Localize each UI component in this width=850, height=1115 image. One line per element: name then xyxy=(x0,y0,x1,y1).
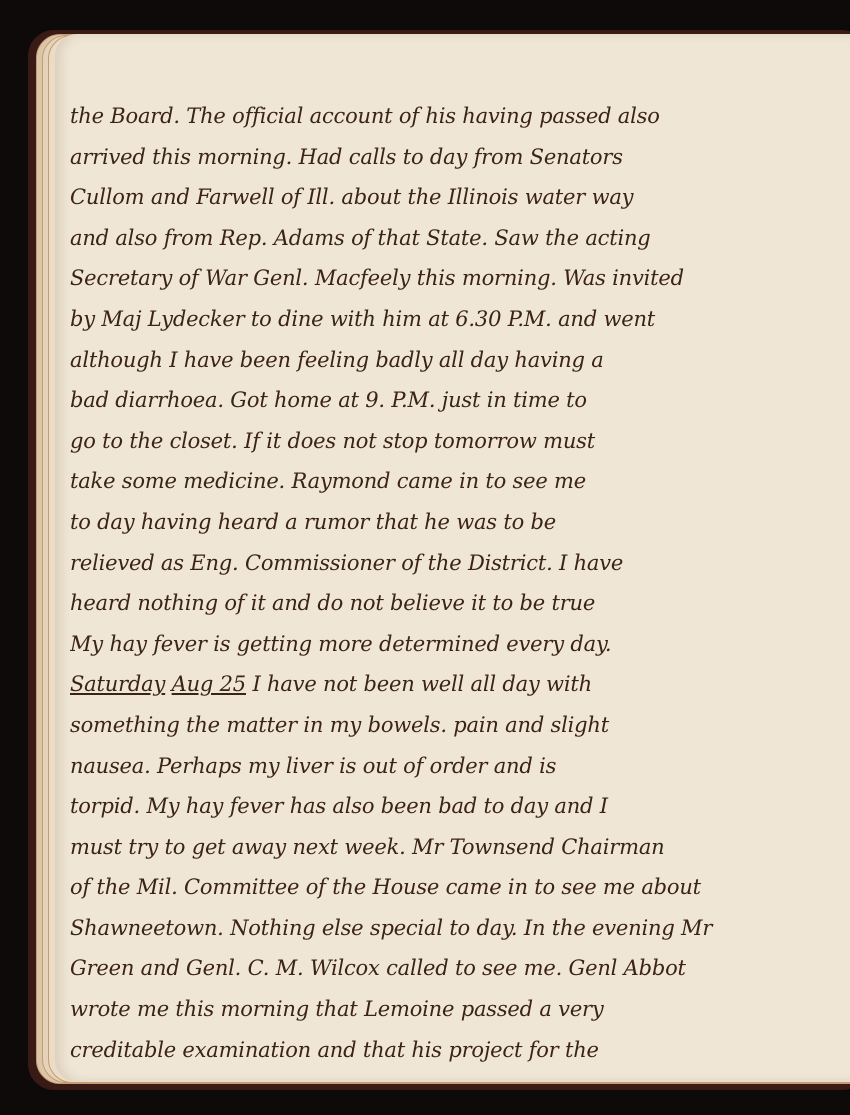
text-line: of the Mil. Committee of the House came … xyxy=(70,867,840,908)
text-line: Green and Genl. C. M. Wilcox called to s… xyxy=(70,948,840,989)
text-line: to day having heard a rumor that he was … xyxy=(70,502,840,543)
text-line: creditable examination and that his proj… xyxy=(70,1030,840,1071)
text-line: something the matter in my bowels. pain … xyxy=(70,705,840,746)
text-line: Cullom and Farwell of Ill. about the Ill… xyxy=(70,177,840,218)
text-line: go to the closet. If it does not stop to… xyxy=(70,421,840,462)
entry-date: Aug 25 xyxy=(172,672,246,696)
text-line: bad diarrhoea. Got home at 9. P.M. just … xyxy=(70,380,840,421)
text-line: and also from Rep. Adams of that State. … xyxy=(70,218,840,259)
text-line: take some medicine. Raymond came in to s… xyxy=(70,461,840,502)
text-line: the Board. The official account of his h… xyxy=(70,96,840,137)
text-line: arrived this morning. Had calls to day f… xyxy=(70,137,840,178)
text-line: must try to get away next week. Mr Towns… xyxy=(70,827,840,868)
text-line: wrote me this morning that Lemoine passe… xyxy=(70,989,840,1030)
text-line: My hay fever is getting more determined … xyxy=(70,624,840,665)
text-line: by Maj Lydecker to dine with him at 6.30… xyxy=(70,299,840,340)
text-line: Secretary of War Genl. Macfeely this mor… xyxy=(70,258,840,299)
entry-weekday: Saturday xyxy=(70,672,165,696)
text-line: I have not been well all day with xyxy=(252,672,591,696)
handwritten-text: the Board. The official account of his h… xyxy=(70,96,840,1070)
text-line: Shawneetown. Nothing else special to day… xyxy=(70,908,840,949)
text-line: nausea. Perhaps my liver is out of order… xyxy=(70,746,840,787)
text-line: heard nothing of it and do not believe i… xyxy=(70,583,840,624)
text-line: although I have been feeling badly all d… xyxy=(70,340,840,381)
text-line: relieved as Eng. Commissioner of the Dis… xyxy=(70,543,840,584)
text-line: torpid. My hay fever has also been bad t… xyxy=(70,786,840,827)
entry-line: Saturday Aug 25 I have not been well all… xyxy=(70,664,840,705)
